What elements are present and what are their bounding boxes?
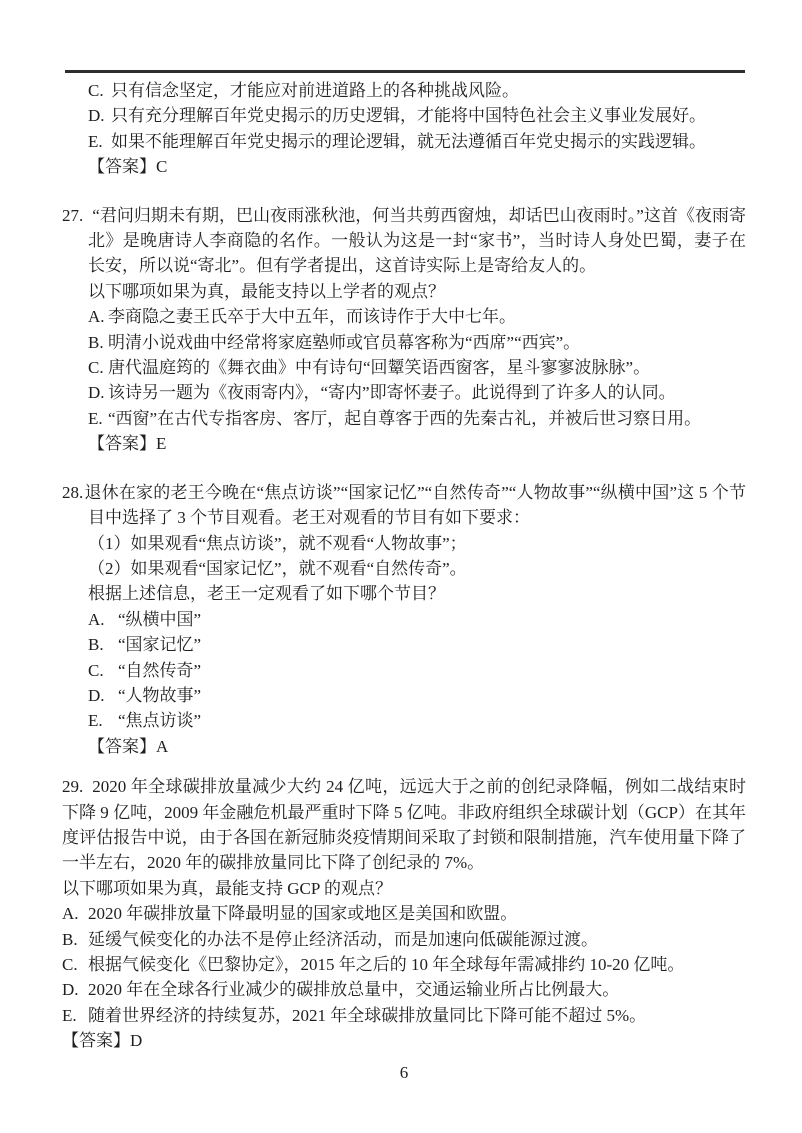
question-stem-text: 退休在家的老王今晚在“焦点访谈”“国家记忆”“自然传奇”“人物故事”“纵横中国”… (84, 483, 746, 527)
option-label: A. (88, 304, 108, 329)
answer-label: 【答案】 (62, 1031, 130, 1050)
option-text: 2020 年在全球各行业减少的碳排放总量中，交通运输业所占比例最大。 (88, 977, 746, 1002)
answer-label: 【答案】 (88, 157, 156, 176)
question-stem: 29.2020 年全球碳排放量减少大约 24 亿吨，远远大于之前的创纪录降幅，例… (62, 774, 746, 876)
option-text: 只有充分理解百年党史揭示的历史逻辑，才能将中国特色社会主义事业发展好。 (111, 103, 746, 128)
header-rule (65, 70, 745, 73)
condition-row: （1）如果观看“焦点访谈”，就不观看“人物故事”； (88, 531, 746, 556)
option-text: 根据气候变化《巴黎协定》，2015 年之后的 10 年全球每年需减排约 10-2… (88, 952, 746, 977)
question-stem-text: 2020 年全球碳排放量减少大约 24 亿吨，远远大于之前的创纪录降幅，例如二战… (62, 777, 746, 872)
option-label: B. (88, 330, 108, 355)
answer-row: 【答案】D (62, 1028, 746, 1053)
option-label: D. (62, 977, 88, 1002)
option-row: B. 延缓气候变化的办法不是停止经济活动，而是加速向低碳能源过渡。 (62, 927, 746, 952)
option-text: “自然传奇” (118, 658, 746, 683)
question-prompt: 根据上述信息，老王一定观看了如下哪个节目？ (88, 581, 746, 606)
option-label: D. (88, 683, 118, 708)
option-row: E. “焦点访谈” (88, 708, 746, 733)
question-28: 28.退休在家的老王今晚在“焦点访谈”“国家记忆”“自然传奇”“人物故事”“纵横… (62, 480, 746, 759)
question-prompt: 以下哪项如果为真，最能支持以上学者的观点？ (88, 279, 746, 304)
option-text: 如果不能理解百年党史揭示的理论逻辑，就无法遵循百年党史揭示的实践逻辑。 (111, 129, 746, 154)
question-27: 27.“君问归期未有期，巴山夜雨涨秋池，何当共剪西窗烛，却话巴山夜雨时。”这首《… (62, 203, 746, 457)
option-label: D. (88, 380, 108, 405)
answer-value: E (156, 434, 166, 453)
option-row: B. “国家记忆” (88, 632, 746, 657)
option-row: C. 根据气候变化《巴黎协定》，2015 年之后的 10 年全球每年需减排约 1… (62, 952, 746, 977)
option-text: 延缓气候变化的办法不是停止经济活动，而是加速向低碳能源过渡。 (88, 927, 746, 952)
page-content: C. 只有信念坚定，才能应对前进道路上的各种挑战风险。 D. 只有充分理解百年党… (62, 78, 746, 1085)
option-text: “西窗”在古代专指客房、客厅，起自尊客于西的先秦古礼，并被后世习察日用。 (108, 406, 746, 431)
option-label: E. (88, 406, 108, 431)
option-row: A. 李商隐之妻王氏卒于大中五年，而该诗作于大中七年。 (88, 304, 746, 329)
condition-text: 如果观看“国家记忆”，就不观看“自然传奇”。 (131, 559, 467, 578)
option-label: D. (88, 103, 111, 128)
answer-label: 【答案】 (88, 434, 156, 453)
question-prompt: 以下哪项如果为真，最能支持 GCP 的观点？ (62, 876, 746, 901)
question-number: 28. (62, 483, 83, 502)
question-stem: 28.退休在家的老王今晚在“焦点访谈”“国家记忆”“自然传奇”“人物故事”“纵横… (62, 480, 746, 531)
question-number: 29. (62, 777, 83, 796)
option-row: E. 随着世界经济的持续复苏，2021 年全球碳排放量同比下降可能不超过 5%。 (62, 1003, 746, 1028)
option-label: C. (88, 78, 111, 103)
option-row: D. “人物故事” (88, 683, 746, 708)
option-label: A. (62, 901, 88, 926)
answer-value: D (130, 1031, 142, 1050)
option-text: 李商隐之妻王氏卒于大中五年，而该诗作于大中七年。 (108, 304, 746, 329)
option-label: E. (62, 1003, 88, 1028)
option-text: 2020 年碳排放量下降最明显的国家或地区是美国和欧盟。 (88, 901, 746, 926)
option-row: C. “自然传奇” (88, 658, 746, 683)
option-text: “国家记忆” (118, 632, 746, 657)
condition-label: （2） (88, 559, 131, 578)
option-text: 唐代温庭筠的《舞衣曲》中有诗句“回颦笑语西窗客，星斗寥寥波脉脉”。 (108, 355, 746, 380)
option-label: E. (88, 129, 111, 154)
option-row: D. 只有充分理解百年党史揭示的历史逻辑，才能将中国特色社会主义事业发展好。 (88, 103, 746, 128)
question-stem: 27.“君问归期未有期，巴山夜雨涨秋池，何当共剪西窗烛，却话巴山夜雨时。”这首《… (62, 203, 746, 279)
option-label: B. (62, 927, 88, 952)
option-label: E. (88, 708, 118, 733)
option-row: E. 如果不能理解百年党史揭示的理论逻辑，就无法遵循百年党史揭示的实践逻辑。 (88, 129, 746, 154)
option-row: A. “纵横中国” (88, 607, 746, 632)
option-label: B. (88, 632, 118, 657)
option-text: 明清小说戏曲中经常将家庭塾师或官员幕客称为“西席”“西宾”。 (108, 330, 746, 355)
option-row: D. 2020 年在全球各行业减少的碳排放总量中，交通运输业所占比例最大。 (62, 977, 746, 1002)
option-row: B. 明清小说戏曲中经常将家庭塾师或官员幕客称为“西席”“西宾”。 (88, 330, 746, 355)
answer-row: 【答案】C (88, 154, 746, 179)
answer-row: 【答案】E (88, 431, 746, 456)
option-text: 随着世界经济的持续复苏，2021 年全球碳排放量同比下降可能不超过 5%。 (88, 1003, 746, 1028)
condition-label: （1） (88, 534, 131, 553)
page-number: 6 (62, 1060, 746, 1085)
option-row: D. 该诗另一题为《夜雨寄内》，“寄内”即寄怀妻子。此说得到了许多人的认同。 (88, 380, 746, 405)
option-row: C. 只有信念坚定，才能应对前进道路上的各种挑战风险。 (88, 78, 746, 103)
option-text: 只有信念坚定，才能应对前进道路上的各种挑战风险。 (111, 78, 746, 103)
option-text: “焦点访谈” (118, 708, 746, 733)
question-26-options: C. 只有信念坚定，才能应对前进道路上的各种挑战风险。 D. 只有充分理解百年党… (62, 78, 746, 180)
option-label: A. (88, 607, 118, 632)
question-29: 29.2020 年全球碳排放量减少大约 24 亿吨，远远大于之前的创纪录降幅，例… (62, 774, 746, 1053)
answer-value: C (156, 157, 167, 176)
option-label: C. (88, 658, 118, 683)
option-text: “纵横中国” (118, 607, 746, 632)
option-row: A. 2020 年碳排放量下降最明显的国家或地区是美国和欧盟。 (62, 901, 746, 926)
question-stem-text: “君问归期未有期，巴山夜雨涨秋池，何当共剪西窗烛，却话巴山夜雨时。”这首《夜雨寄… (88, 206, 746, 276)
option-label: C. (88, 355, 108, 380)
condition-row: （2）如果观看“国家记忆”，就不观看“自然传奇”。 (88, 556, 746, 581)
option-text: 该诗另一题为《夜雨寄内》，“寄内”即寄怀妻子。此说得到了许多人的认同。 (108, 380, 746, 405)
answer-row: 【答案】A (88, 734, 746, 759)
option-text: “人物故事” (118, 683, 746, 708)
option-label: C. (62, 952, 88, 977)
option-row: E. “西窗”在古代专指客房、客厅，起自尊客于西的先秦古礼，并被后世习察日用。 (88, 406, 746, 431)
answer-value: A (156, 737, 168, 756)
question-number: 27. (62, 206, 83, 225)
answer-label: 【答案】 (88, 737, 156, 756)
condition-text: 如果观看“焦点访谈”，就不观看“人物故事”； (131, 534, 467, 553)
option-row: C. 唐代温庭筠的《舞衣曲》中有诗句“回颦笑语西窗客，星斗寥寥波脉脉”。 (88, 355, 746, 380)
document-page: C. 只有信念坚定，才能应对前进道路上的各种挑战风险。 D. 只有充分理解百年党… (0, 0, 802, 1133)
